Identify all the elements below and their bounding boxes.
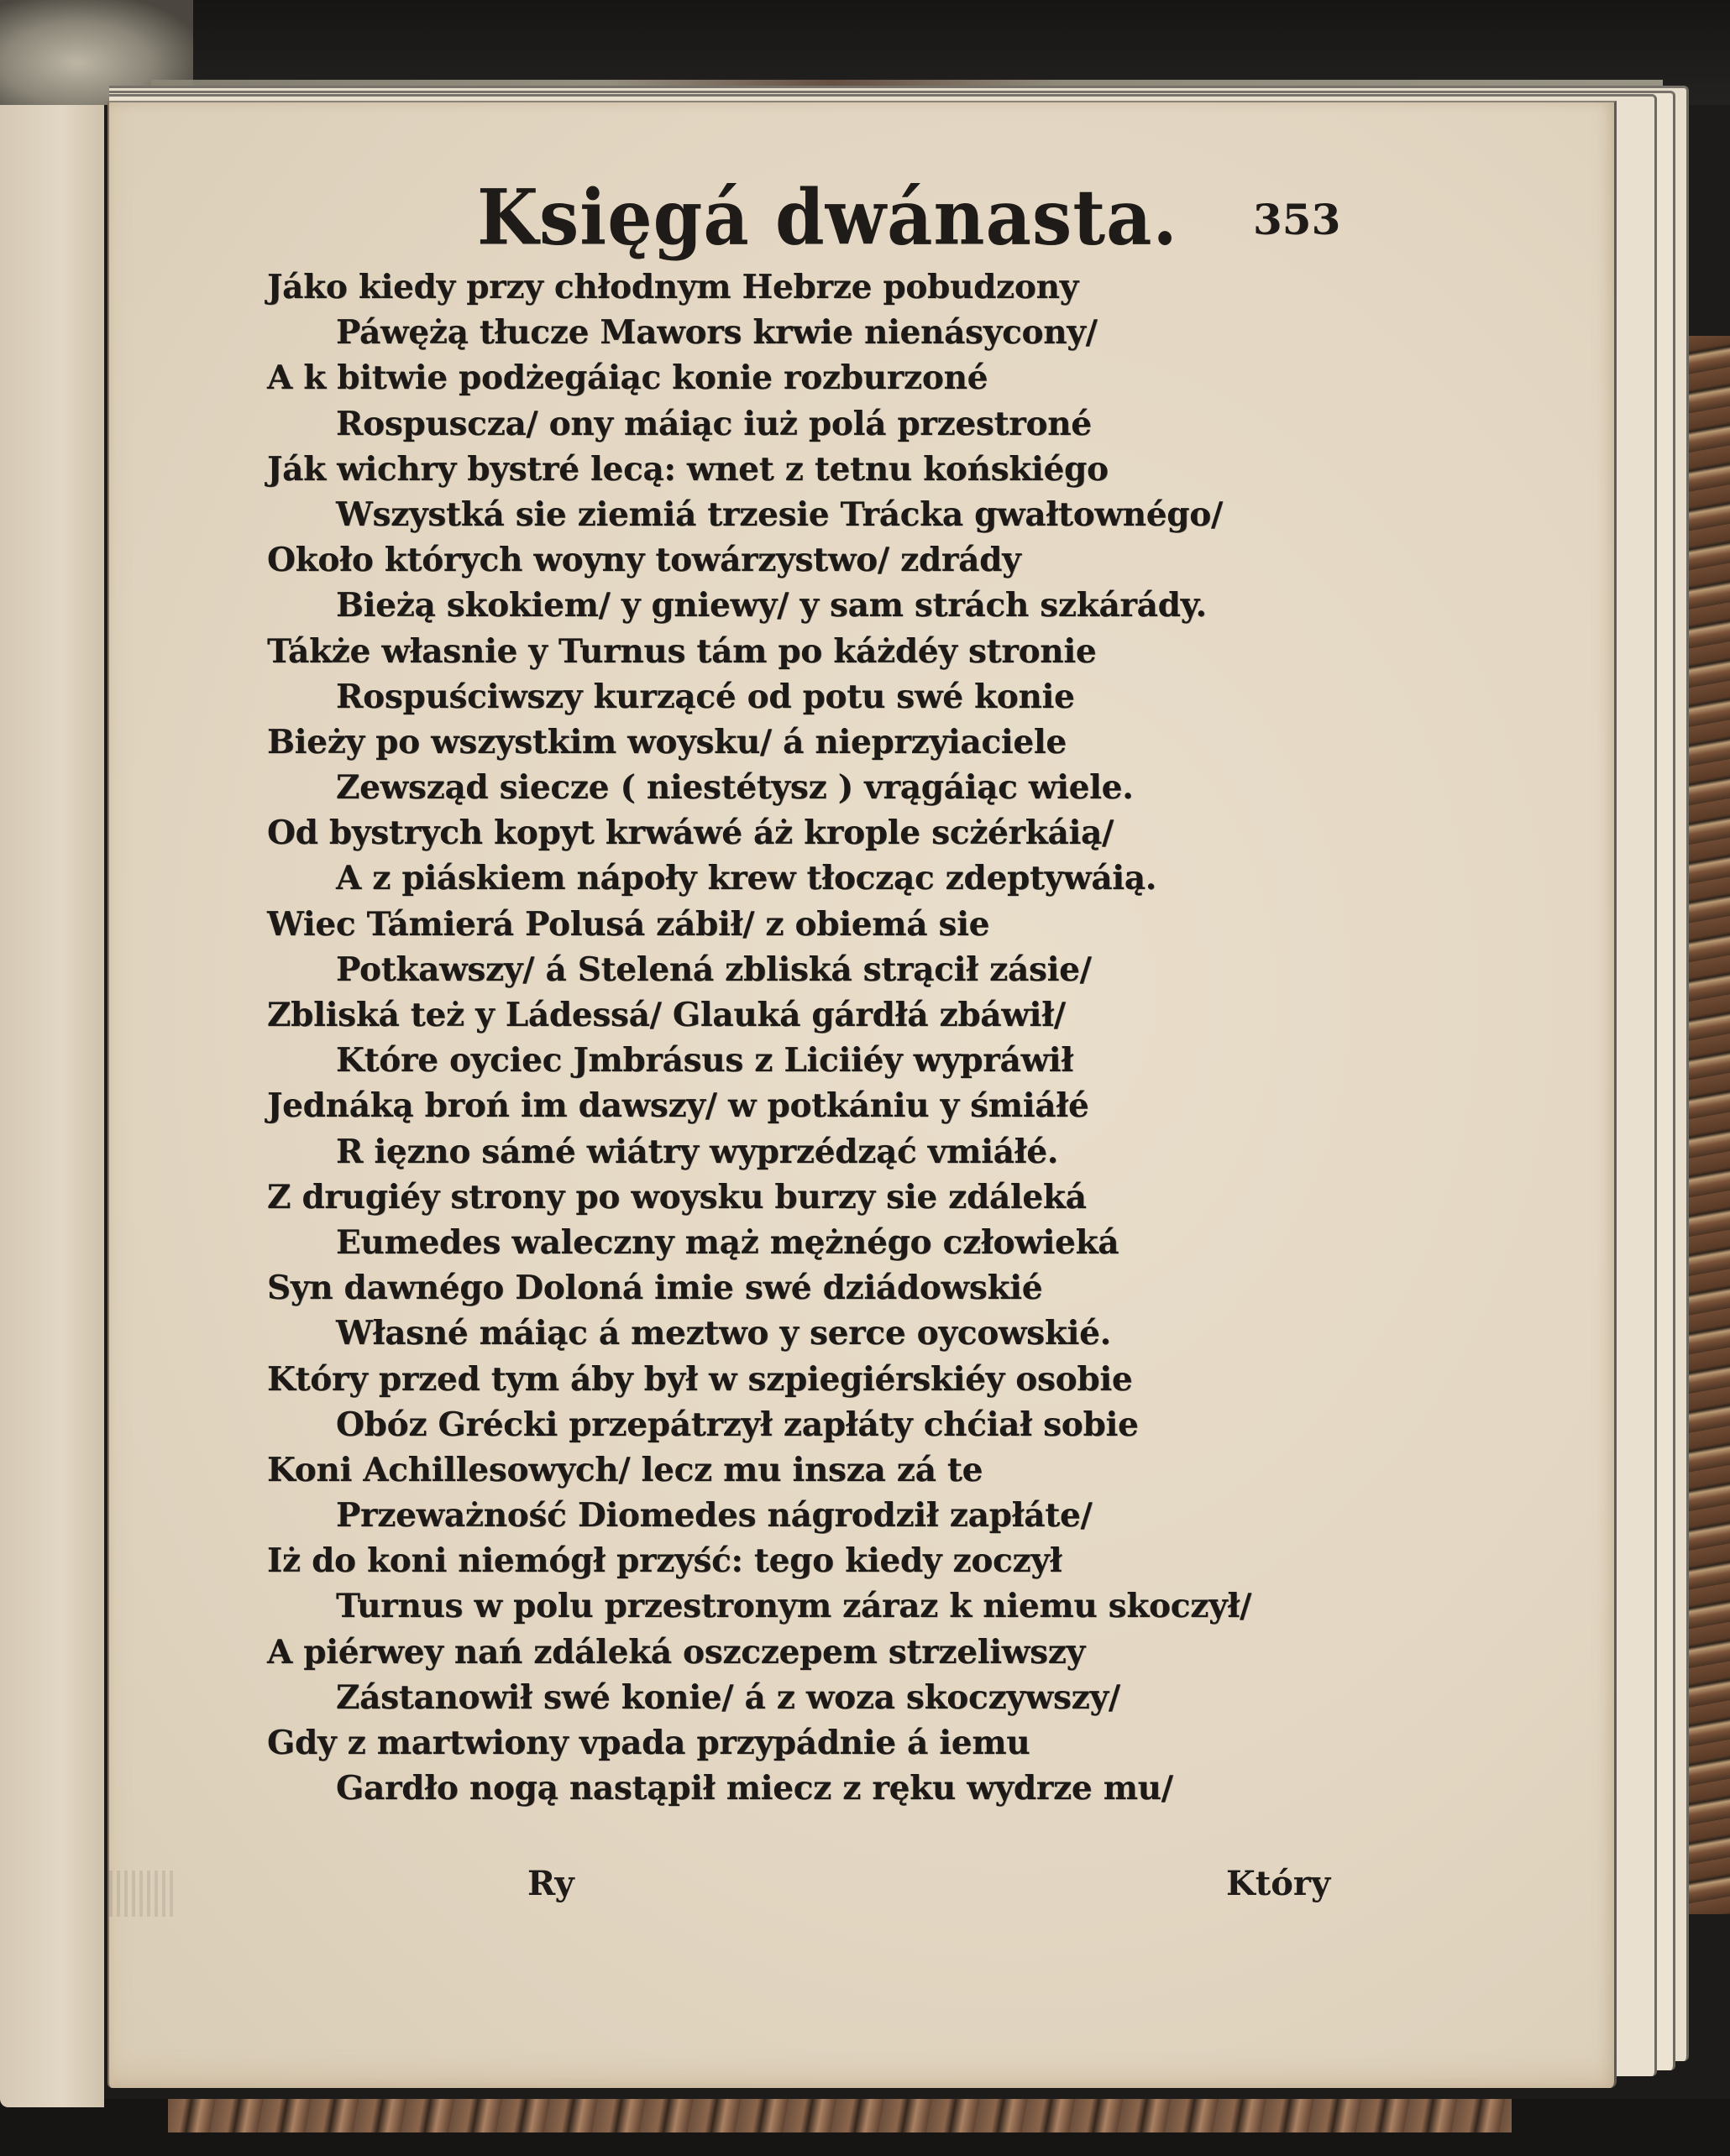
page-footer: Ry Który: [0, 1864, 1730, 1914]
verse-line: Páwężą tłucze Mawors krwie nienásycony/: [267, 310, 1443, 355]
verse-line: Zástanowił swé konie/ á z woza skoczywsz…: [267, 1675, 1443, 1720]
verse-line: Obóz Grécki przepátrzył zapłáty chćiał s…: [267, 1402, 1443, 1447]
marbled-endpaper-right: [1684, 336, 1730, 1914]
signature-mark: Ry: [527, 1864, 574, 1903]
verse-line: Zbliská też y Ládessá/ Glauká gárdłá zbá…: [267, 992, 1443, 1038]
page-number: 353: [1253, 195, 1340, 244]
verse-line: Ják wichry bystré lecą: wnet z tetnu koń…: [267, 447, 1443, 492]
verse-line: Około których woyny towárzystwo/ zdrády: [267, 537, 1443, 583]
running-head: Księgá dwánasta.: [477, 172, 1178, 262]
verse-line: Gardło nogą nastąpił miecz z ręku wydrze…: [267, 1766, 1443, 1811]
verse-line: Tákże własnie y Turnus tám po káżdéy str…: [267, 629, 1443, 674]
verse-line: Rospuscza/ ony máiąc iuż polá przestroné: [267, 401, 1443, 447]
verse-line: Bieży po wszystkim woysku/ á nieprzyiaci…: [267, 720, 1443, 765]
verse-line: Z drugiéy strony po woysku burzy sie zdá…: [267, 1175, 1443, 1220]
verse-line: Turnus w polu przestronym záraz k niemu …: [267, 1583, 1443, 1629]
verse-line: Potkawszy/ á Stelená zbliská strącił zás…: [267, 947, 1443, 992]
verse-line: Który przed tym áby był w szpiegiérskiéy…: [267, 1357, 1443, 1402]
verse-line: Bieżą skokiem/ y gniewy/ y sam strách sz…: [267, 583, 1443, 628]
verse-line: Przeważność Diomedes nágrodził zapłáte/: [267, 1493, 1443, 1538]
verse-line: Własné máiąc á meztwo y serce oycowskié.: [267, 1311, 1443, 1356]
catchword: Który: [1226, 1864, 1330, 1903]
verse-line: Jednáką broń im dawszy/ w potkániu y śmi…: [267, 1083, 1443, 1128]
verse-line: Wiec Támierá Polusá zábił/ z obiemá sie: [267, 902, 1443, 947]
verse-line: Rospuściwszy kurzącé od potu swé konie: [267, 674, 1443, 720]
verse-line: A piérwey nań zdáleká oszczepem strzeliw…: [267, 1630, 1443, 1675]
verse-line: Eumedes waleczny mąż mężnégo człowieká: [267, 1220, 1443, 1265]
verse-line: A z piáskiem nápoły krew tłocząc zdeptyw…: [267, 856, 1443, 901]
verse-line: Iż do koni niemógł przyść: tego kiedy zo…: [267, 1538, 1443, 1583]
verse-line: Jáko kiedy przy chłodnym Hebrze pobudzon…: [267, 264, 1443, 310]
verse-line: Koni Achillesowych/ lecz mu insza zá te: [267, 1447, 1443, 1493]
verse-line: Wszystká sie ziemiá trzesie Trácka gwałt…: [267, 492, 1443, 537]
verse-line: Zewsząd siecze ( niestétysz ) vrągáiąc w…: [267, 765, 1443, 810]
verse-line: Od bystrych kopyt krwáwé áż krople scżér…: [267, 810, 1443, 856]
verse-line: Syn dawnégo Doloná imie swé dziádowskié: [267, 1265, 1443, 1311]
verse-line: A k bitwie podżegáiąc konie rozburzoné: [267, 355, 1443, 400]
verse-block: Jáko kiedy przy chłodnym Hebrze pobudzon…: [267, 264, 1443, 1811]
verse-line: Gdy z martwiony vpada przypádnie á iemu: [267, 1720, 1443, 1766]
verse-line: Które oyciec Jmbrásus z Liciiéy wypráwił: [267, 1038, 1443, 1083]
marbled-endpaper-bottom: [168, 2099, 1512, 2132]
verso-page-edge: [0, 105, 104, 2107]
verse-line: R ięzno sámé wiátry wyprzédząć vmiáłé.: [267, 1129, 1443, 1175]
